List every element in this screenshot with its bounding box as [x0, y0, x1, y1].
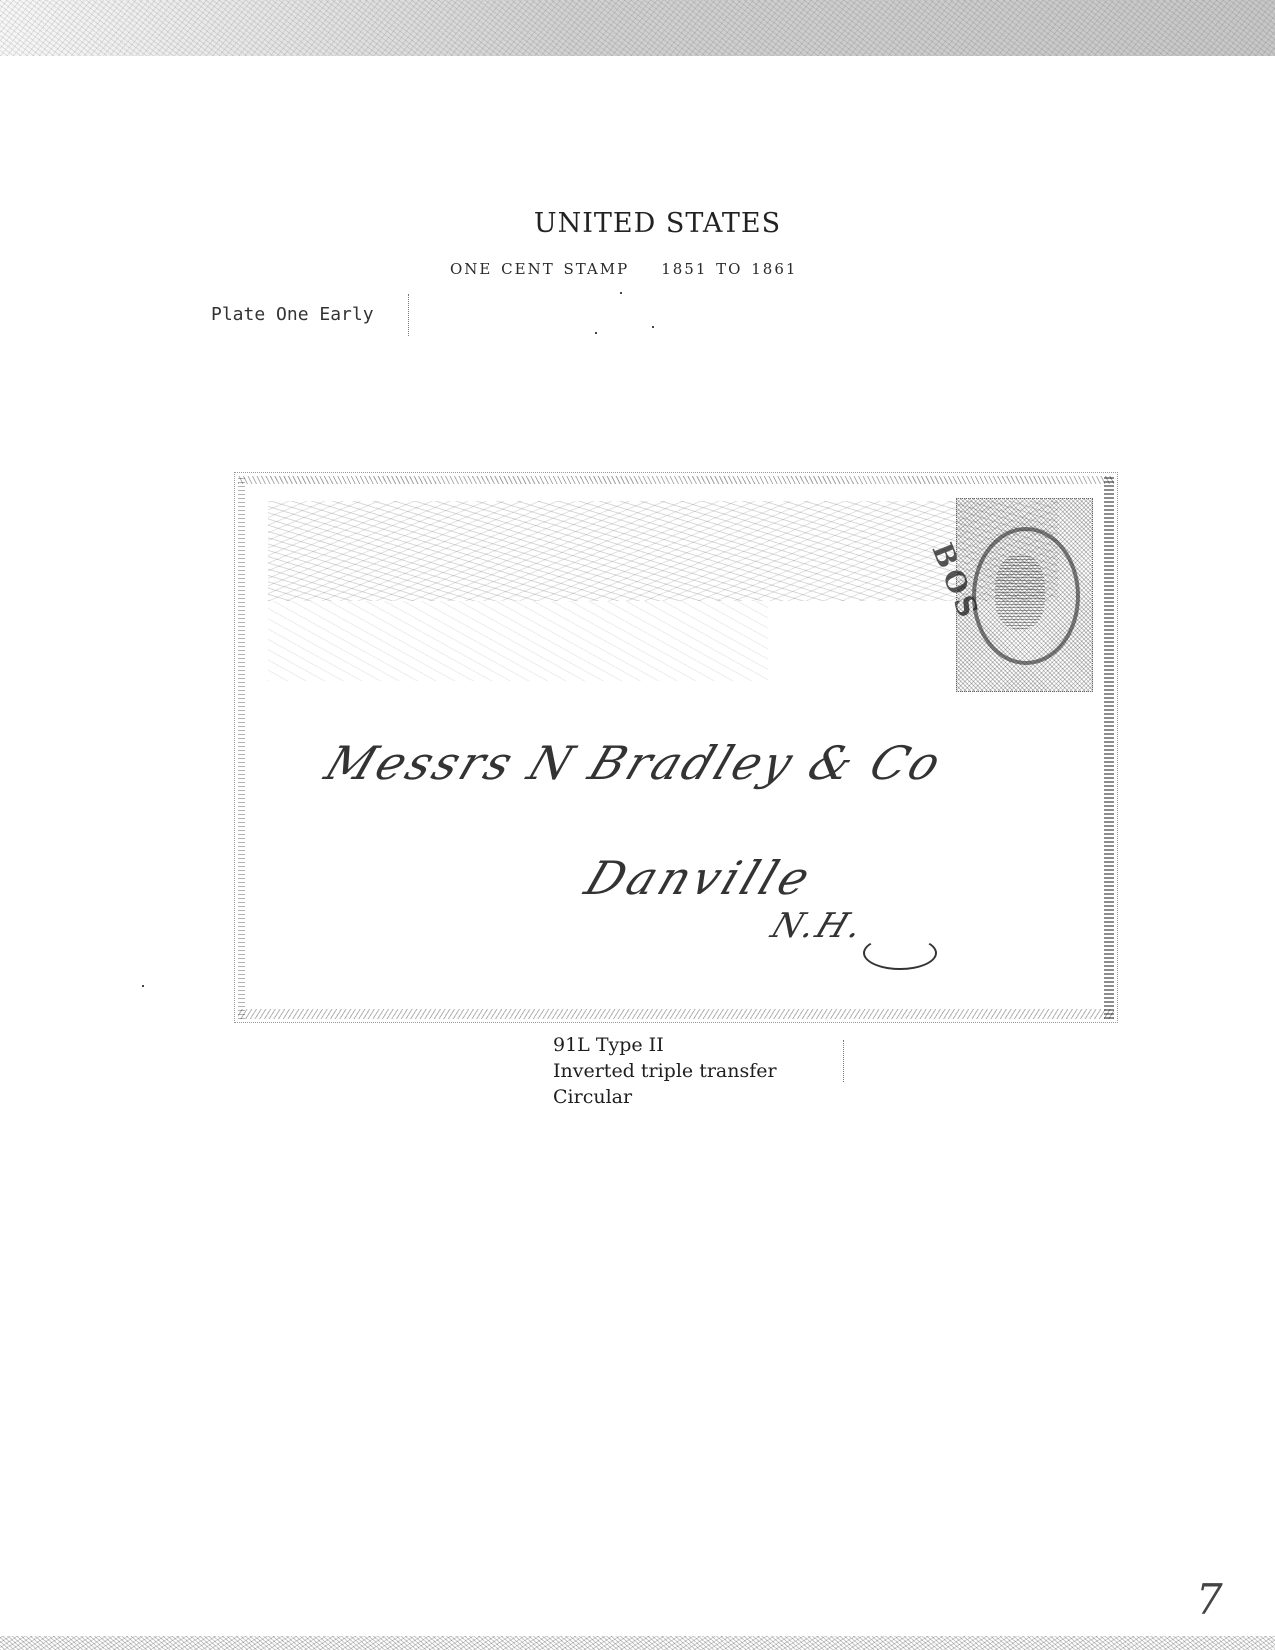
cover-printed-circular-text-faint — [268, 601, 768, 681]
cover-edge-right — [1104, 476, 1114, 1019]
scan-noise-top — [0, 0, 1275, 56]
scan-dot — [142, 985, 144, 987]
scan-dot — [652, 326, 654, 328]
cover-edge-bottom — [238, 1009, 1114, 1019]
section-rule — [408, 294, 409, 336]
postal-cover: BOS Messrs N Bradley & Co Danville N.H. — [235, 473, 1117, 1022]
cover-caption: 91L Type II Inverted triple transfer Cir… — [553, 1032, 777, 1110]
caption-line: Circular — [553, 1084, 777, 1110]
subtitle-stamp: ONE CENT STAMP — [450, 260, 629, 278]
caption-line: Inverted triple transfer — [553, 1058, 777, 1084]
section-label: Plate One Early — [211, 304, 374, 325]
address-addressee: Messrs N Bradley & Co — [318, 736, 951, 790]
cover-edge-top — [238, 476, 1114, 484]
page-number: 7 — [1196, 1575, 1223, 1624]
subtitle-years: 1851 TO 1861 — [661, 260, 797, 278]
caption-rule — [843, 1040, 844, 1082]
cover-edge-left — [238, 476, 245, 1019]
scan-noise-bottom — [0, 1636, 1275, 1650]
page-title: UNITED STATES — [0, 208, 1275, 239]
page-subtitle: ONE CENT STAMP1851 TO 1861 — [450, 260, 797, 278]
one-cent-stamp — [956, 498, 1093, 692]
stamp-portrait-icon — [995, 554, 1045, 629]
scan-dot — [595, 332, 597, 334]
address-town: Danville — [578, 851, 821, 905]
address-flourish — [863, 936, 937, 970]
scan-dot — [620, 292, 622, 294]
caption-line: 91L Type II — [553, 1032, 777, 1058]
address-state: N.H. — [766, 906, 871, 946]
